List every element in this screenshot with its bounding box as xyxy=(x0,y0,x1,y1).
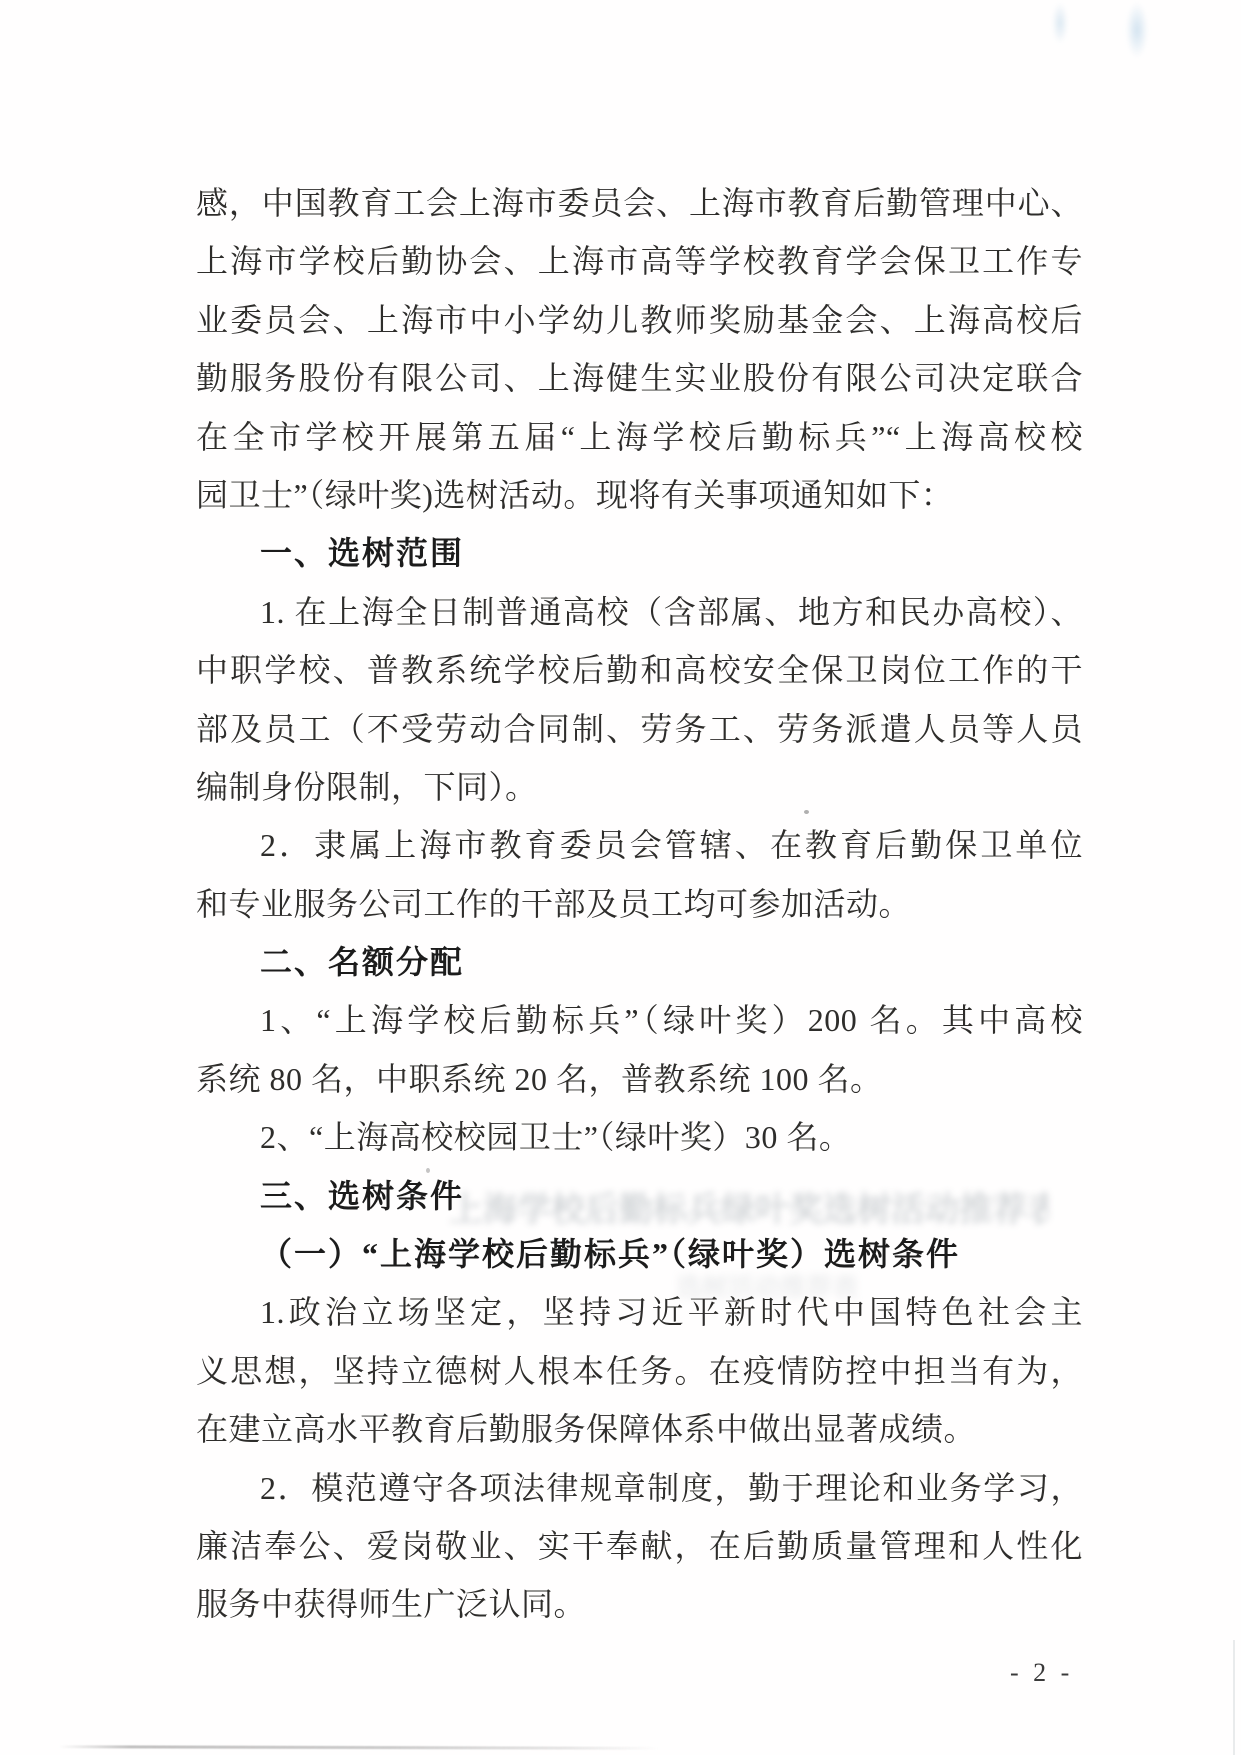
text-line: 2．隶属上海市教育委员会管辖、在教育后勤保卫单位 xyxy=(196,816,1083,874)
text-line: 中职学校、普教系统学校后勤和高校安全保卫岗位工作的干 xyxy=(196,641,1083,699)
heading-line: 三、选树条件 xyxy=(196,1167,1083,1225)
text-line: 部及员工（不受劳动合同制、劳务工、劳务派遣人员等人员 xyxy=(196,700,1083,758)
text-line: 和专业服务公司工作的干部及员工均可参加活动。 xyxy=(196,875,1083,933)
page-number: - 2 - xyxy=(1010,1658,1073,1688)
text-line: 园卫士”（绿叶奖)选树活动。现将有关事项通知如下： xyxy=(196,466,1083,524)
text-line: 义思想，坚持立德树人根本任务。在疫情防控中担当有为， xyxy=(196,1342,1083,1400)
scan-smudge-top-right-1 xyxy=(1052,2,1068,44)
text-line: 编制身份限制，下同）。 xyxy=(196,758,1083,816)
scanned-document-page: 上海学校后勤标兵绿叶奖选树活动推荐表 选树活动推荐表 感，中国教育工会上海市委员… xyxy=(0,0,1241,1755)
text-line: 2、“上海高校校园卫士”（绿叶奖）30 名。 xyxy=(196,1108,1083,1166)
text-line: 1. 在上海全日制普通高校（含部属、地方和民办高校）、 xyxy=(196,583,1083,641)
scan-edge-line-right xyxy=(1233,1640,1235,1755)
text-line: 在全市学校开展第五届“上海学校后勤标兵”“上海高校校 xyxy=(196,408,1083,466)
text-line: 感，中国教育工会上海市委员会、上海市教育后勤管理中心、 xyxy=(196,174,1083,232)
heading-line: 二、名额分配 xyxy=(196,933,1083,991)
text-line: 在建立高水平教育后勤服务保障体系中做出显著成绩。 xyxy=(196,1400,1083,1458)
document-body: 感，中国教育工会上海市委员会、上海市教育后勤管理中心、上海市学校后勤协会、上海市… xyxy=(196,174,1083,1634)
text-line: 勤服务股份有限公司、上海健生实业股份有限公司决定联合 xyxy=(196,349,1083,407)
text-line: 业委员会、上海市中小学幼儿教师奖励基金会、上海高校后 xyxy=(196,291,1083,349)
text-line: 1、“上海学校后勤标兵”（绿叶奖）200 名。其中高校 xyxy=(196,991,1083,1049)
text-line: 廉洁奉公、爱岗敬业、实干奉献，在后勤质量管理和人性化 xyxy=(196,1517,1083,1575)
scan-smudge-top-right-2 xyxy=(1126,2,1148,58)
text-line: 2．模范遵守各项法律规章制度，勤于理论和业务学习， xyxy=(196,1459,1083,1517)
scan-speck-1 xyxy=(804,810,809,814)
heading-line: （一）“上海学校后勤标兵”（绿叶奖）选树条件 xyxy=(196,1225,1083,1283)
scan-edge-line-bottom xyxy=(59,1745,659,1750)
text-line: 1.政治立场坚定，坚持习近平新时代中国特色社会主 xyxy=(196,1283,1083,1341)
text-line: 服务中获得师生广泛认同。 xyxy=(196,1575,1083,1633)
text-line: 系统 80 名，中职系统 20 名，普教系统 100 名。 xyxy=(196,1050,1083,1108)
heading-line: 一、选树范围 xyxy=(196,524,1083,582)
text-line: 上海市学校后勤协会、上海市高等学校教育学会保卫工作专 xyxy=(196,232,1083,290)
scan-speck-2 xyxy=(426,1168,430,1173)
